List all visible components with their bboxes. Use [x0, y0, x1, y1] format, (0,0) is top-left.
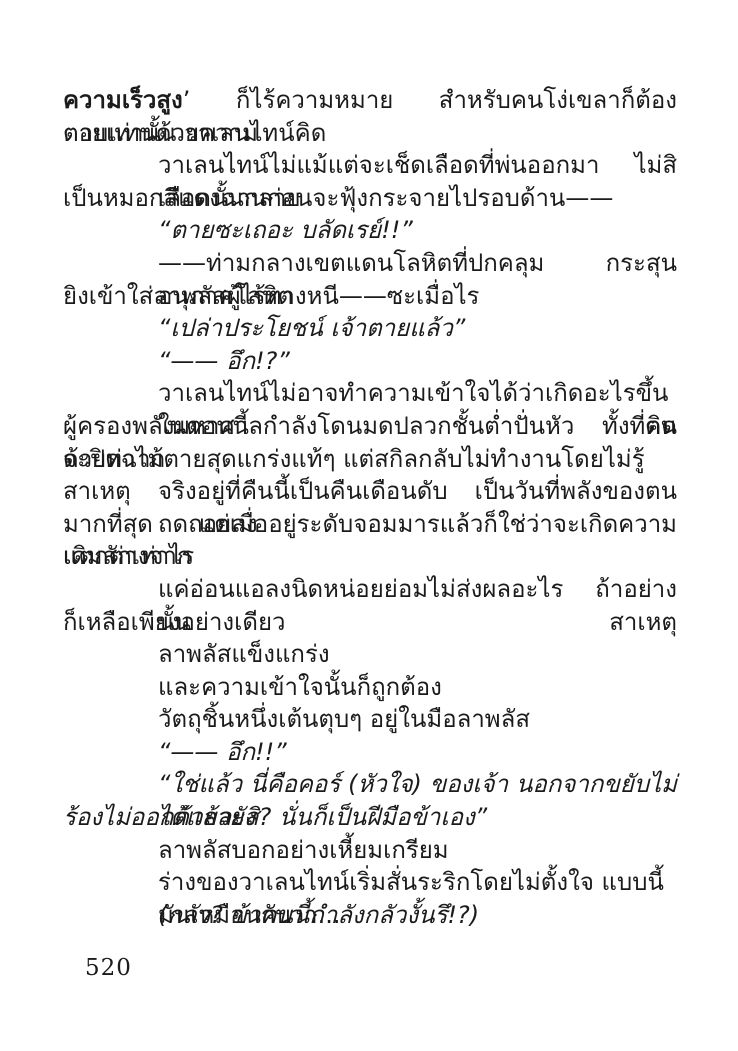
dialogue-line: ร้องไม่ออกด้วยละสิ? นั่นก็เป็นฝีมือข้าเอ…: [63, 801, 677, 834]
dialogue-line: “—— อึก!!”: [63, 736, 677, 769]
dialogue-line: “ตายซะเถอะ บลัดเรย์!!”: [63, 214, 677, 247]
text-line: จริงอยู่ที่คืนนี้เป็นคืนเดือนดับ เป็นวัน…: [63, 475, 677, 508]
text-line: วาเลนไทน์ไม่แม้แต่จะเช็ดเลือดที่พ่นออกมา…: [63, 149, 677, 182]
thought-line: (กลัว? ข้าคนนี้กำลังกลัวงั้นรึ!?): [63, 899, 677, 932]
text-line: และความเข้าใจนั้นก็ถูกต้อง: [63, 671, 677, 704]
text-line: ยิงเข้าใส่ลาพลัสผู้ไร้ทางหนี——ซะเมื่อไร: [63, 280, 677, 313]
page-number: 520: [85, 955, 132, 981]
text-line: เดิมสักเท่าไร: [63, 540, 677, 573]
text-line: ลาพลัสบอกอย่างเหี้ยมเกรียม: [63, 834, 677, 867]
text-line: เป็นหมอกสีแดงฉานก่อนจะฟุ้งกระจายไปรอบด้า…: [63, 182, 677, 215]
emphasis-bold-phrase: ความเร็วสูง: [63, 86, 183, 114]
text-line: ด้วยท่าไม้ตายสุดแกร่งแท้ๆ แต่สกิลกลับไม่…: [63, 443, 677, 476]
text-line: ร่างของวาเลนไทน์เริ่มสั่นระริกโดยไม่ตั้ง…: [63, 866, 677, 899]
text-line: ลาพลัสแข็งแกร่ง: [63, 638, 677, 671]
text-line: ความเร็วสูง’ ก็ไร้ความหมาย สำหรับคนโง่เข…: [63, 84, 677, 117]
text-line: แค่อ่อนแอลงนิดหน่อยย่อมไม่ส่งผลอะไร ถ้าอ…: [63, 573, 677, 606]
text-line: ผู้ครองพลังมหาศาลกำลังโดนมดปลวกชั้นต่ำปั…: [63, 410, 677, 443]
text-line: ตายเท่านั้น วาเลนไทน์คิด: [63, 117, 677, 150]
text-line: วัตถุชิ้นหนึ่งเต้นตุบๆ อยู่ในมือลาพลัส: [63, 703, 677, 736]
book-page: ความเร็วสูง’ ก็ไร้ความหมาย สำหรับคนโง่เข…: [0, 0, 738, 1051]
dialogue-line: “ใช่แล้ว นี่คือคอร์ (หัวใจ) ของเจ้า นอกจ…: [63, 768, 677, 801]
dialogue-line: “—— อึก!?”: [63, 345, 677, 378]
dialogue-line: “เปล่าประโยชน์ เจ้าตายแล้ว”: [63, 312, 677, 345]
text-line: มากที่สุด แต่เมื่ออยู่ระดับจอมมารแล้วก็ใ…: [63, 508, 677, 541]
text-line: ——ท่ามกลางเขตแดนโลหิตที่ปกคลุม กระสุนอนุ…: [63, 247, 677, 280]
text-block: ความเร็วสูง’ ก็ไร้ความหมาย สำหรับคนโง่เข…: [63, 84, 677, 931]
text-line: วาเลนไทน์ไม่อาจทำความเข้าใจได้ว่าเกิดอะไ…: [63, 377, 677, 410]
